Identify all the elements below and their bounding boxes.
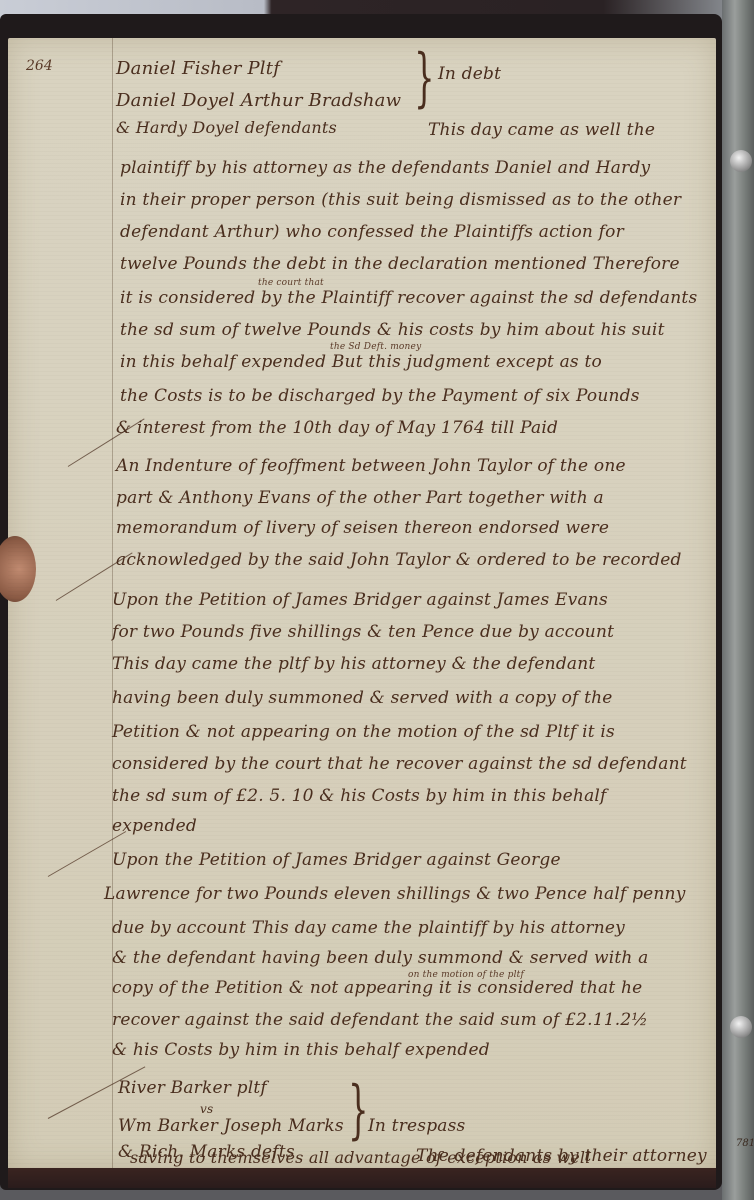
caption-defendants: Wm Barker Joseph Marks (118, 1116, 344, 1136)
record-line: considered by the court that he recover … (112, 754, 687, 774)
interlineation: the Sd Deft. money (330, 342, 421, 352)
record-line: in this behalf expended But this judgmen… (120, 352, 602, 372)
binder-ring (730, 150, 752, 172)
record-line: acknowledged by the said John Taylor & o… (116, 550, 682, 570)
caption-versus: vs (200, 1102, 213, 1116)
thumb (0, 536, 36, 602)
caption-action: In debt (438, 64, 501, 84)
record-line: having been duly summoned & served with … (112, 688, 613, 708)
caption-plaintiff: Daniel Fisher Pltf (116, 58, 280, 79)
record-line: for two Pounds five shillings & ten Penc… (112, 622, 614, 642)
record-line: in their proper person (this suit being … (120, 190, 681, 210)
record-line: & the defendant having been duly summond… (112, 948, 649, 968)
caption-plaintiff: River Barker pltf (118, 1078, 267, 1098)
brace-icon: } (348, 1078, 368, 1142)
manuscript-page: 264 Daniel Fisher Pltf Daniel Doyel Arth… (8, 38, 716, 1172)
record-line: the sd sum of £2. 5. 10 & his Costs by h… (112, 786, 607, 806)
record-line: part & Anthony Evans of the other Part t… (116, 488, 604, 508)
record-line: This day came as well the (428, 120, 655, 140)
record-line: Upon the Petition of James Bridger again… (112, 590, 608, 610)
record-line: the sd sum of twelve Pounds & his costs … (120, 320, 665, 340)
record-line: This day came the pltf by his attorney &… (112, 654, 595, 674)
caption-action: In trespass (368, 1116, 465, 1136)
record-line: Lawrence for two Pounds eleven shillings… (104, 884, 686, 904)
record-line: An Indenture of feoffment between John T… (116, 456, 626, 476)
page-number: 264 (26, 58, 53, 74)
brace-icon: } (414, 46, 434, 110)
record-line: copy of the Petition & not appearing it … (112, 978, 642, 998)
record-line: & his Costs by him in this behalf expend… (112, 1040, 490, 1060)
record-line: recover against the said defendant the s… (112, 1010, 648, 1030)
record-line: saving to themselves all advantage of ex… (130, 1148, 591, 1167)
record-line: plaintiff by his attorney as the defenda… (120, 158, 650, 178)
record-line: twelve Pounds the debt in the declaratio… (120, 254, 680, 274)
interlineation: the court that (258, 278, 324, 288)
record-line: the Costs is to be discharged by the Pay… (120, 386, 640, 406)
record-line: expended (112, 816, 197, 836)
record-line: due by account This day came the plainti… (112, 918, 625, 938)
binder-ring (730, 1016, 752, 1038)
record-line: it is considered by the Plaintiff recove… (120, 288, 697, 308)
record-line: defendant Arthur) who confessed the Plai… (120, 222, 624, 242)
caption-defendants: & Hardy Doyel defendants (116, 118, 337, 137)
record-line: memorandum of livery of seisen thereon e… (116, 518, 609, 538)
edge-label: 781 (736, 1138, 754, 1149)
record-line: & interest from the 10th day of May 1764… (116, 418, 558, 438)
caption-defendants: Daniel Doyel Arthur Bradshaw (116, 90, 401, 111)
record-line: Petition & not appearing on the motion o… (112, 722, 615, 742)
record-line: Upon the Petition of James Bridger again… (112, 850, 561, 870)
page-bottom-edge (8, 1168, 716, 1188)
